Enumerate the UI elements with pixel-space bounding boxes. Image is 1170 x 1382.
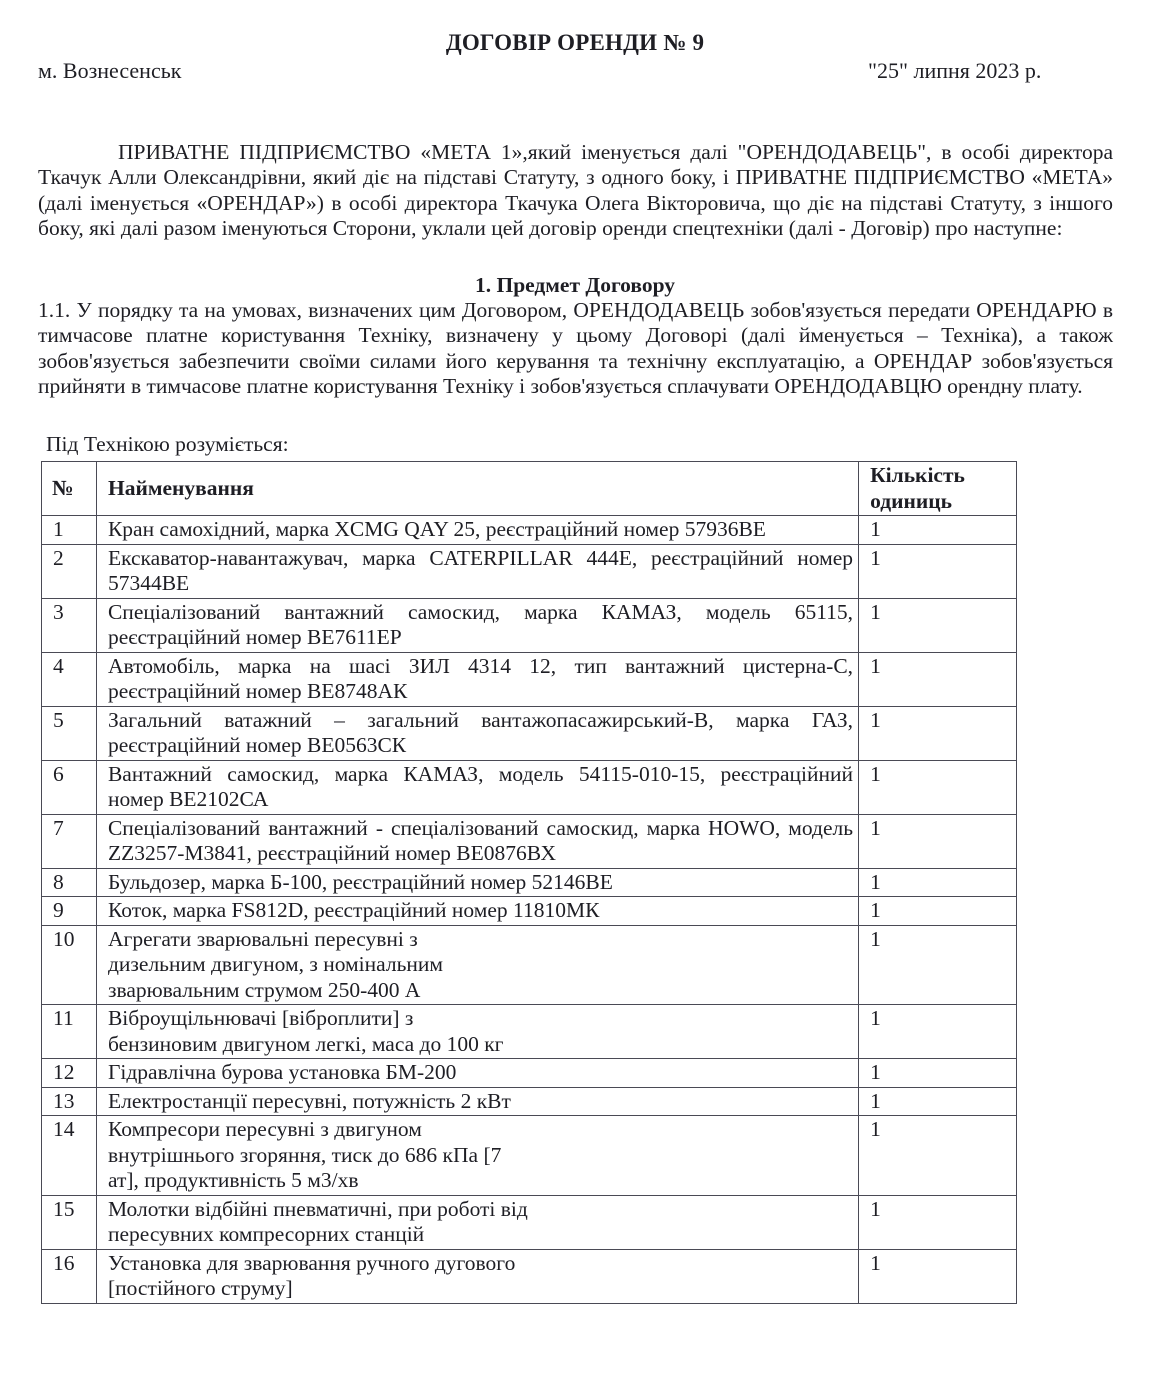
preamble-paragraph: ПРИВАТНЕ ПІДПРИЄМСТВО «МЕТА 1»,який імен… (38, 140, 1113, 241)
row-quantity: 1 (859, 760, 1017, 814)
clause-1-1: 1.1. У порядку та на умовах, визначених … (38, 298, 1113, 399)
row-name: Загальний ватажний – загальний вантажопа… (96, 706, 858, 760)
row-name: Віброущільнювачі [віброплити] збензинови… (96, 1005, 858, 1059)
row-quantity: 1 (859, 897, 1017, 926)
row-name: Гідравлічна бурова установка БМ-200 (96, 1059, 858, 1088)
row-name: Коток, марка FS812D, реєстраційний номер… (96, 897, 858, 926)
table-intro: Під Технікою розуміється: (46, 432, 289, 457)
row-quantity: 1 (859, 1195, 1017, 1249)
header-name: Найменування (96, 462, 858, 516)
table-row: 1Кран самохідний, марка XCMG QAY 25, реє… (42, 516, 1017, 545)
row-quantity: 1 (859, 706, 1017, 760)
row-quantity: 1 (859, 814, 1017, 868)
equipment-table: № Найменування Кількість одиниць 1Кран с… (41, 461, 1017, 1304)
row-number: 15 (42, 1195, 97, 1249)
row-quantity: 1 (859, 1249, 1017, 1303)
row-name: Молотки відбійні пневматичні, при роботі… (96, 1195, 858, 1249)
row-number: 6 (42, 760, 97, 814)
row-number: 13 (42, 1087, 97, 1116)
row-name: Електростанції пересувні, потужність 2 к… (96, 1087, 858, 1116)
row-name: Вантажний самоскид, марка КАМАЗ, модель … (96, 760, 858, 814)
contract-city: м. Вознесенськ (38, 58, 181, 84)
row-number: 11 (42, 1005, 97, 1059)
row-quantity: 1 (859, 516, 1017, 545)
row-number: 3 (42, 598, 97, 652)
row-number: 8 (42, 868, 97, 897)
row-number: 4 (42, 652, 97, 706)
header-quantity: Кількість одиниць (859, 462, 1017, 516)
row-quantity: 1 (859, 598, 1017, 652)
row-name: Бульдозер, марка Б-100, реєстраційний но… (96, 868, 858, 897)
table-row: 14Компресори пересувні з двигуномвнутріш… (42, 1116, 1017, 1196)
table-row: 10Агрегати зварювальні пересувні здизель… (42, 925, 1017, 1005)
row-name: Установка для зварювання ручного дуговог… (96, 1249, 858, 1303)
row-name: Компресори пересувні з двигуномвнутрішнь… (96, 1116, 858, 1196)
row-quantity: 1 (859, 925, 1017, 1005)
table-row: 8Бульдозер, марка Б-100, реєстраційний н… (42, 868, 1017, 897)
row-name: Спеціалізований вантажний самоскид, марк… (96, 598, 858, 652)
contract-date: "25" липня 2023 р. (868, 58, 1041, 84)
row-name: Автомобіль, марка на шасі ЗИЛ 4314 12, т… (96, 652, 858, 706)
table-body: 1Кран самохідний, марка XCMG QAY 25, реє… (42, 516, 1017, 1304)
row-quantity: 1 (859, 1059, 1017, 1088)
table-row: 5Загальний ватажний – загальний вантажоп… (42, 706, 1017, 760)
row-number: 7 (42, 814, 97, 868)
table-row: 15Молотки відбійні пневматичні, при робо… (42, 1195, 1017, 1249)
row-number: 1 (42, 516, 97, 545)
document-title: ДОГОВІР ОРЕНДИ № 9 (0, 30, 1150, 56)
row-number: 12 (42, 1059, 97, 1088)
row-name: Агрегати зварювальні пересувні здизельни… (96, 925, 858, 1005)
row-quantity: 1 (859, 1005, 1017, 1059)
table-row: 12Гідравлічна бурова установка БМ-2001 (42, 1059, 1017, 1088)
table-row: 9Коток, марка FS812D, реєстраційний номе… (42, 897, 1017, 926)
table-row: 2Екскаватор-навантажувач, марка CATERPIL… (42, 544, 1017, 598)
row-quantity: 1 (859, 1087, 1017, 1116)
row-quantity: 1 (859, 868, 1017, 897)
row-number: 5 (42, 706, 97, 760)
row-quantity: 1 (859, 544, 1017, 598)
row-number: 9 (42, 897, 97, 926)
row-quantity: 1 (859, 652, 1017, 706)
table-header-row: № Найменування Кількість одиниць (42, 462, 1017, 516)
row-name: Спеціалізований вантажний - спеціалізова… (96, 814, 858, 868)
section-title: 1. Предмет Договору (0, 273, 1150, 298)
row-number: 10 (42, 925, 97, 1005)
row-number: 14 (42, 1116, 97, 1196)
table-row: 3Спеціалізований вантажний самоскид, мар… (42, 598, 1017, 652)
table-row: 7Спеціалізований вантажний - спеціалізов… (42, 814, 1017, 868)
table-row: 11Віброущільнювачі [віброплити] збензино… (42, 1005, 1017, 1059)
row-number: 2 (42, 544, 97, 598)
row-name: Екскаватор-навантажувач, марка CATERPILL… (96, 544, 858, 598)
table-row: 16Установка для зварювання ручного дугов… (42, 1249, 1017, 1303)
row-quantity: 1 (859, 1116, 1017, 1196)
table-row: 6Вантажний самоскид, марка КАМАЗ, модель… (42, 760, 1017, 814)
table-row: 4Автомобіль, марка на шасі ЗИЛ 4314 12, … (42, 652, 1017, 706)
table-row: 13Електростанції пересувні, потужність 2… (42, 1087, 1017, 1116)
header-number: № (42, 462, 97, 516)
row-number: 16 (42, 1249, 97, 1303)
row-name: Кран самохідний, марка XCMG QAY 25, реєс… (96, 516, 858, 545)
